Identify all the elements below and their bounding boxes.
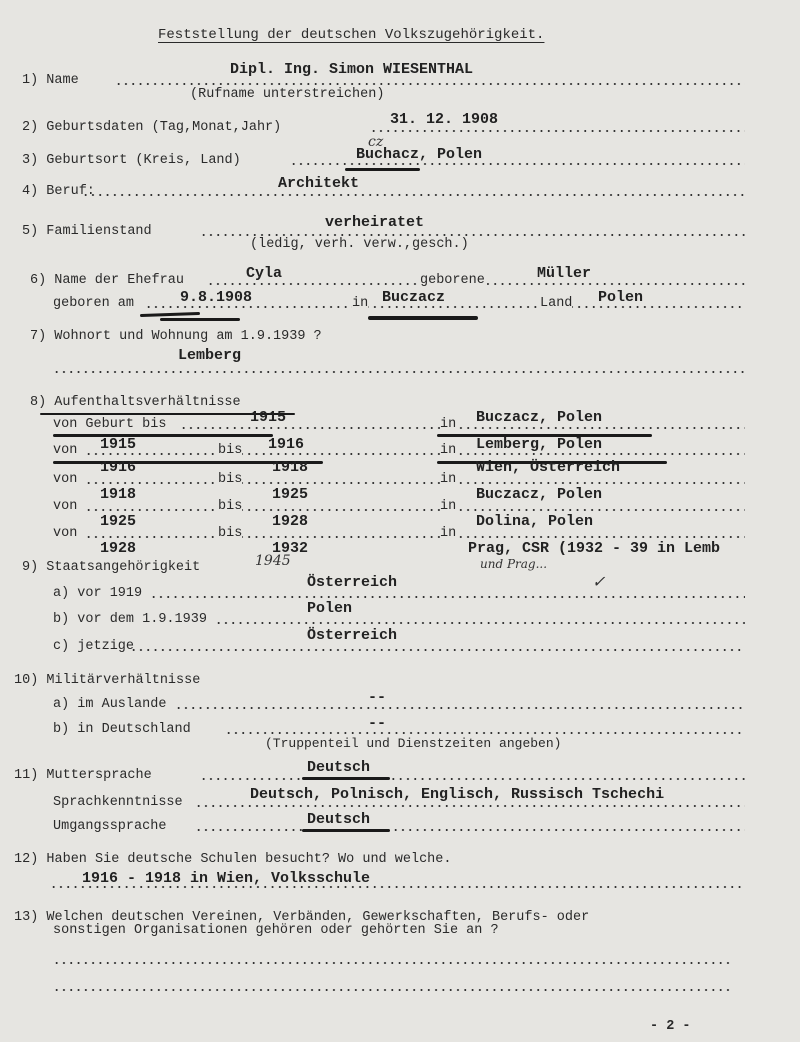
q8-row-5-place: Prag, CSR (1932 - 39 in Lemb — [468, 541, 720, 557]
q8-row-dotted — [85, 509, 745, 511]
q8-row-1-place: Lemberg, Polen — [476, 437, 602, 453]
q9-b-label: b) vor dem 1.9.1939 — [53, 612, 207, 628]
q8-row-4-from: 1925 — [100, 514, 136, 530]
q3-dotted-line — [290, 163, 745, 165]
q9-handwritten-year: 1945 — [255, 553, 291, 569]
q6-born-label: geborene — [418, 273, 487, 289]
q6-born-on-label: geboren am — [53, 296, 134, 312]
q8-row-1-to: 1916 — [268, 437, 304, 453]
q8-row-1-from: 1915 — [100, 437, 136, 453]
q2-birthdate-value: 31. 12. 1908 — [390, 112, 498, 128]
q6-born-on-value: 9.8.1908 — [180, 290, 252, 306]
q10-b-value: -- — [368, 716, 386, 732]
q6-maiden-name: Müller — [537, 266, 591, 282]
q8-row-dotted — [85, 453, 745, 455]
q9-a-value: Österreich — [307, 575, 397, 591]
q11-mother-tongue-value: Deutsch — [307, 760, 370, 776]
q13-dotted-line-2 — [53, 989, 733, 991]
q8-row-3-to-label: bis — [218, 499, 242, 515]
q8-row-2-to: 1918 — [272, 460, 308, 476]
q8-row-2-from: 1916 — [100, 460, 136, 476]
q9-c-value: Österreich — [307, 628, 397, 644]
q1-label: 1) Name — [22, 73, 79, 89]
q8-row-0-pen-underline — [53, 434, 273, 437]
q8-row-4-from-label: von — [53, 526, 77, 542]
q11-daily-value: Deutsch — [307, 812, 370, 828]
q6-in-label: in — [352, 296, 368, 312]
q1-name-value: Dipl. Ing. Simon WIESENTHAL — [230, 62, 473, 78]
q8-row-0-in-label: in — [440, 417, 456, 433]
q9-label: 9) Staatsangehörigkeit — [22, 560, 200, 576]
q6-line2-dotted — [145, 306, 745, 308]
q12-label: 12) Haben Sie deutsche Schulen besucht? … — [14, 852, 451, 868]
q10-a-dotted-line — [175, 707, 745, 709]
q6-born-in-value: Buczacz — [382, 290, 445, 306]
q6-pen-underline-date — [140, 312, 200, 317]
q7-label: 7) Wohnort und Wohnung am 1.9.1939 ? — [30, 329, 322, 345]
q11-dotted-line — [200, 778, 745, 780]
q11-skills-label: Sprachkenntnisse — [53, 795, 183, 811]
q12-schools-value: 1916 - 1918 in Wien, Volksschule — [82, 871, 370, 887]
q9-c-dotted-line — [130, 649, 745, 651]
q9-a-label: a) vor 1919 — [53, 586, 142, 602]
q7-residence-value: Lemberg — [178, 348, 241, 364]
q8-row-1-from-label: von — [53, 443, 77, 459]
q9-b-value: Polen — [307, 601, 352, 617]
q7-dotted-line — [53, 371, 745, 373]
q6-pen-underline-place — [368, 316, 478, 320]
q10-b-label: b) in Deutschland — [53, 722, 191, 738]
q3-birthplace-value: Buchacz, Polen — [356, 147, 482, 163]
q8-row-0-to: 1915 — [250, 410, 286, 426]
q9-a-dotted-line — [150, 596, 745, 598]
q8-row-4-in-label: in — [440, 526, 456, 542]
q13-label-line2: sonstigen Organisationen gehören oder ge… — [53, 923, 499, 939]
q9-handwritten-note: und Prag... — [480, 557, 547, 571]
q8-row-3-to: 1925 — [272, 487, 308, 503]
q8-row-3-place: Buczacz, Polen — [476, 487, 602, 503]
q8-row-dotted — [85, 536, 745, 538]
q11-label: 11) Muttersprache — [14, 768, 152, 784]
q3-label: 3) Geburtsort (Kreis, Land) — [22, 153, 241, 169]
q10-b-dotted-line — [225, 732, 745, 734]
q8-row-2-from-label: von — [53, 472, 77, 488]
q5-hint: (ledig, verh. verw.,gesch.) — [250, 237, 469, 253]
q13-dotted-line-1 — [53, 962, 733, 964]
q6-country-label: Land — [540, 296, 572, 312]
page-number: - 2 - — [650, 1019, 691, 1035]
q9-b-dotted-line — [215, 622, 745, 624]
q11-skills-dotted-line — [195, 805, 745, 807]
checkmark-icon: ✓ — [592, 572, 605, 591]
q3-pen-underline — [345, 168, 420, 171]
q8-row-dotted — [85, 482, 745, 484]
q10-hint: (Truppenteil und Dienstzeiten angeben) — [265, 736, 561, 752]
q5-dotted-line — [200, 234, 745, 236]
q8-row-dotted — [180, 427, 745, 429]
q11-skills-value: Deutsch, Polnisch, Englisch, Russisch Ts… — [250, 787, 664, 803]
q8-row-3-from: 1918 — [100, 487, 136, 503]
q2-dotted-line — [370, 130, 745, 132]
q9-c-label: c) jetzige — [53, 639, 134, 655]
q8-row-0-place: Buczacz, Polen — [476, 410, 602, 426]
q4-label: 4) Beruf: — [22, 184, 95, 200]
q1-dotted-line — [115, 83, 745, 85]
q8-row-1-in-label: in — [440, 443, 456, 459]
q8-row-2-to-label: bis — [218, 472, 242, 488]
q8-label: 8) Aufenthaltsverhältnisse — [30, 395, 241, 411]
q11-pen-underline — [302, 777, 390, 780]
q11-daily-dotted-line — [195, 829, 745, 831]
q8-row-4-to: 1928 — [272, 514, 308, 530]
q1-hint: (Rufname unterstreichen) — [190, 87, 384, 103]
q5-marital-status-value: verheiratet — [325, 215, 424, 231]
q6-wife-name: Cyla — [246, 266, 282, 282]
q10-a-label: a) im Auslande — [53, 697, 166, 713]
q8-row-3-from-label: von — [53, 499, 77, 515]
q6-country-value: Polen — [598, 290, 643, 306]
q10-label: 10) Militärverhältnisse — [14, 673, 200, 689]
q6-pen-underline-date-2 — [160, 318, 240, 321]
q8-row-3-in-label: in — [440, 499, 456, 515]
q5-label: 5) Familienstand — [22, 224, 152, 240]
q8-row-4-to-label: bis — [218, 526, 242, 542]
document-title: Feststellung der deutschen Volkszugehöri… — [158, 27, 544, 43]
q8-row-2-in-label: in — [440, 472, 456, 488]
q11-daily-label: Umgangssprache — [53, 819, 166, 835]
q8-row-1-to-label: bis — [218, 443, 242, 459]
q4-dotted-line — [82, 194, 745, 196]
q6-label: 6) Name der Ehefrau — [30, 273, 184, 289]
q8-row-4-place: Dolina, Polen — [476, 514, 593, 530]
q11-daily-pen-underline — [302, 829, 390, 832]
q2-label: 2) Geburtsdaten (Tag,Monat,Jahr) — [22, 120, 281, 136]
q8-row-2-place: Wien, Österreich — [476, 460, 620, 476]
q8-row-5-from: 1928 — [100, 541, 136, 557]
q10-a-value: -- — [368, 690, 386, 706]
q8-from-birth-label: von Geburt bis — [53, 417, 166, 433]
q4-profession-value: Architekt — [278, 176, 359, 192]
